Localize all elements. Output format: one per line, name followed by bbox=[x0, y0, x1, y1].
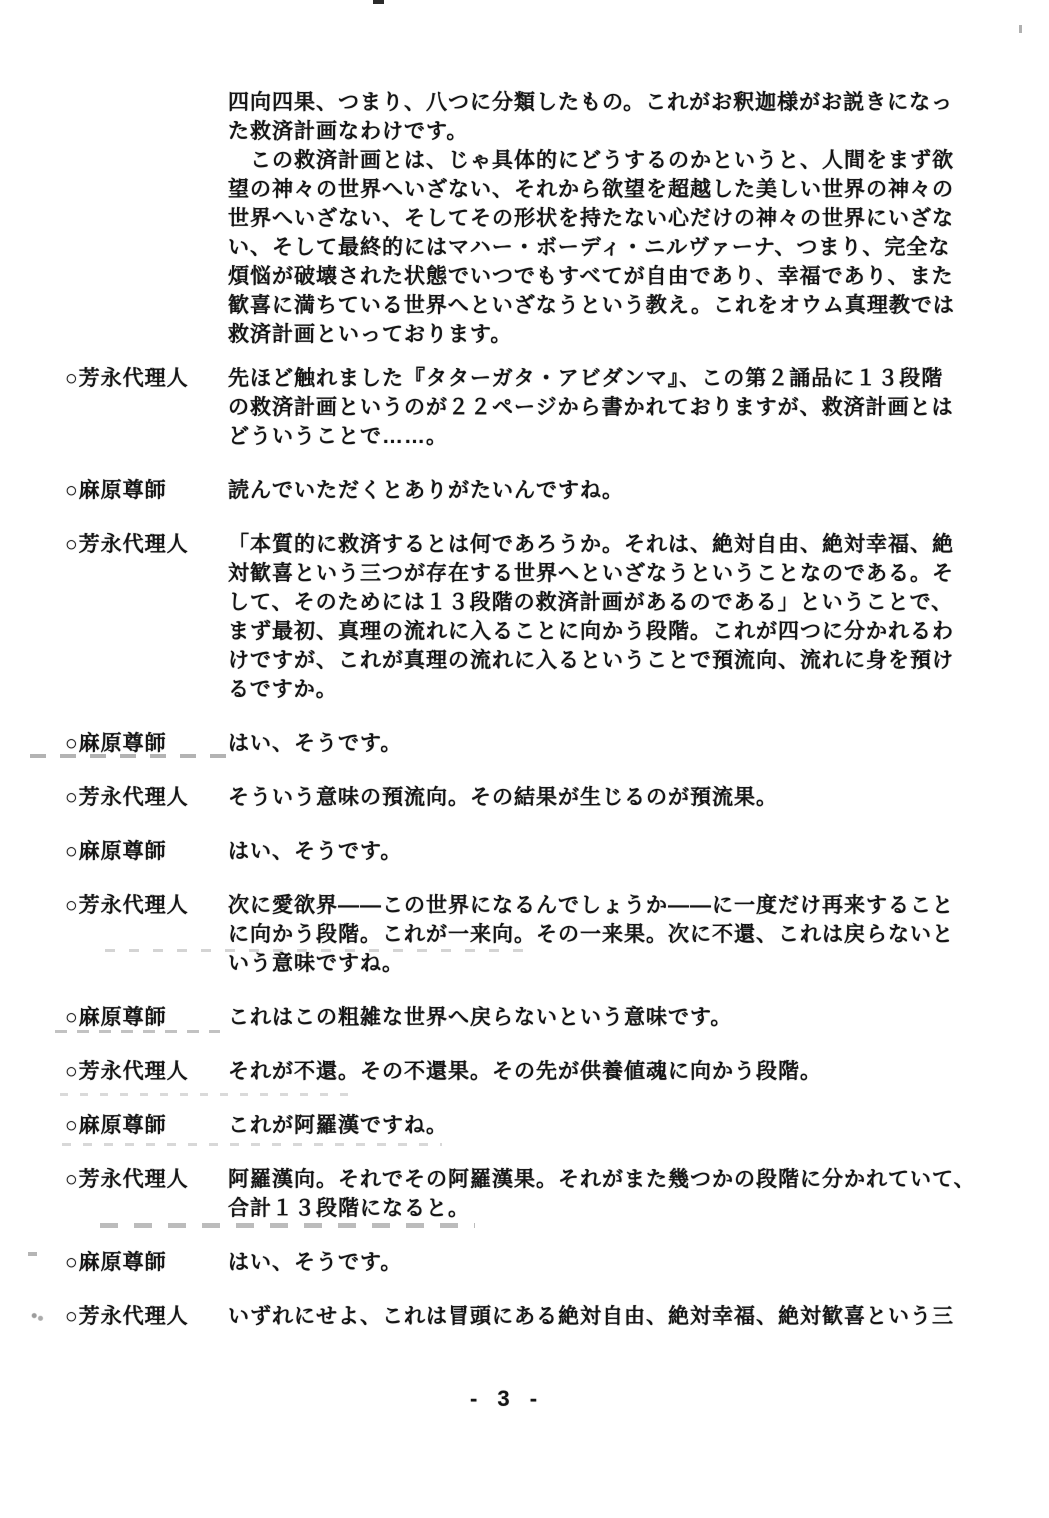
dialogue-entry: ○芳永代理人阿羅漢向。それでその阿羅漢果。それがまた幾つかの段階に分かれていて、… bbox=[65, 1165, 1025, 1223]
speech-line: いずれにせよ、これは冒頭にある絶対自由、絶対幸福、絶対歓喜という三 bbox=[228, 1302, 1025, 1331]
dialogue-entry: ○麻原尊師読んでいただくとありがたいんですね。 bbox=[65, 476, 1025, 505]
paragraph-line: 煩悩が破壊された状態でいつでもすべてが自由であり、幸福であり、また bbox=[228, 262, 1018, 291]
speech-text: いずれにせよ、これは冒頭にある絶対自由、絶対幸福、絶対歓喜という三 bbox=[228, 1302, 1025, 1331]
dialogue-list: ○芳永代理人先ほど触れました『タターガタ・アビダンマ』、この第２誦品に１３段階の… bbox=[65, 364, 1025, 1356]
paragraph-line: 歓喜に満ちている世界へといざなうという教え。これをオウム真理教では bbox=[228, 291, 1018, 320]
page-number: - 3 - bbox=[0, 1384, 1014, 1413]
speech-text: はい、そうです。 bbox=[228, 837, 1025, 866]
opening-paragraph: 四向四果、つまり、八つに分類したもの。これがお釈迦様がお説きになった救済計画なわ… bbox=[228, 88, 1018, 349]
speaker-label: ○芳永代理人 bbox=[65, 891, 228, 978]
speaker-label: ○麻原尊師 bbox=[65, 476, 228, 505]
speech-line: 「本質的に救済するとは何であろうか。それは、絶対自由、絶対幸福、絶 bbox=[228, 530, 1025, 559]
paragraph-line: 四向四果、つまり、八つに分類したもの。これがお釈迦様がお説きになっ bbox=[228, 88, 1018, 117]
dialogue-entry: ○麻原尊師はい、そうです。 bbox=[65, 729, 1025, 758]
scan-artifact bbox=[30, 1312, 44, 1321]
speech-text: はい、そうです。 bbox=[228, 729, 1025, 758]
dialogue-entry: ○芳永代理人次に愛欲界――この世界になるんでしょうか――に一度だけ再来することに… bbox=[65, 891, 1025, 978]
speech-text: 次に愛欲界――この世界になるんでしょうか――に一度だけ再来することに向かう段階。… bbox=[228, 891, 1025, 978]
dialogue-entry: ○麻原尊師これが阿羅漢ですね。 bbox=[65, 1111, 1025, 1140]
speaker-label: ○麻原尊師 bbox=[65, 729, 228, 758]
paragraph-line: この救済計画とは、じゃ具体的にどうするのかというと、人間をまず欲 bbox=[228, 146, 1018, 175]
speech-line: 合計１３段階になると。 bbox=[228, 1194, 1025, 1223]
scan-artifact bbox=[1019, 25, 1022, 33]
speaker-label: ○芳永代理人 bbox=[65, 364, 228, 451]
speaker-label: ○芳永代理人 bbox=[65, 1165, 228, 1223]
speech-line: 対歓喜という三つが存在する世界へといざなうということなのである。そ bbox=[228, 559, 1025, 588]
speech-line: これはこの粗雑な世界へ戻らないという意味です。 bbox=[228, 1003, 1025, 1032]
speech-text: これが阿羅漢ですね。 bbox=[228, 1111, 1025, 1140]
paragraph-line: 救済計画といっております。 bbox=[228, 320, 1018, 349]
speech-line: 阿羅漢向。それでその阿羅漢果。それがまた幾つかの段階に分かれていて、 bbox=[228, 1165, 1025, 1194]
speaker-label: ○芳永代理人 bbox=[65, 1057, 228, 1086]
speech-line: はい、そうです。 bbox=[228, 1248, 1025, 1277]
speech-line: そういう意味の預流向。その結果が生じるのが預流果。 bbox=[228, 783, 1025, 812]
speech-text: これはこの粗雑な世界へ戻らないという意味です。 bbox=[228, 1003, 1025, 1032]
dialogue-entry: ○麻原尊師はい、そうです。 bbox=[65, 1248, 1025, 1277]
dialogue-entry: ○麻原尊師はい、そうです。 bbox=[65, 837, 1025, 866]
speech-line: はい、そうです。 bbox=[228, 729, 1025, 758]
speech-text: はい、そうです。 bbox=[228, 1248, 1025, 1277]
speech-line: るですか。 bbox=[228, 675, 1025, 704]
speech-line: これが阿羅漢ですね。 bbox=[228, 1111, 1025, 1140]
dialogue-entry: ○芳永代理人先ほど触れました『タターガタ・アビダンマ』、この第２誦品に１３段階の… bbox=[65, 364, 1025, 451]
speech-line: いう意味ですね。 bbox=[228, 949, 1025, 978]
paragraph-line: た救済計画なわけです。 bbox=[228, 117, 1018, 146]
dialogue-entry: ○麻原尊師これはこの粗雑な世界へ戻らないという意味です。 bbox=[65, 1003, 1025, 1032]
dialogue-entry: ○芳永代理人そういう意味の預流向。その結果が生じるのが預流果。 bbox=[65, 783, 1025, 812]
speech-line: 読んでいただくとありがたいんですね。 bbox=[228, 476, 1025, 505]
document-page: 四向四果、つまり、八つに分類したもの。これがお釈迦様がお説きになった救済計画なわ… bbox=[0, 0, 1049, 1518]
paragraph-line: い、そして最終的にはマハー・ボーディ・ニルヴァーナ、つまり、完全な bbox=[228, 233, 1018, 262]
dialogue-entry: ○芳永代理人「本質的に救済するとは何であろうか。それは、絶対自由、絶対幸福、絶対… bbox=[65, 530, 1025, 704]
speech-line: 次に愛欲界――この世界になるんでしょうか――に一度だけ再来すること bbox=[228, 891, 1025, 920]
paragraph-line: 望の神々の世界へいざない、それから欲望を超越した美しい世界の神々の bbox=[228, 175, 1018, 204]
speaker-label: ○芳永代理人 bbox=[65, 783, 228, 812]
speech-line: まず最初、真理の流れに入ることに向かう段階。これが四つに分かれるわ bbox=[228, 617, 1025, 646]
speech-line: の救済計画というのが２２ページから書かれておりますが、救済計画とは bbox=[228, 393, 1025, 422]
paragraph-line: 世界へいざない、そしてその形状を持たない心だけの神々の世界にいざな bbox=[228, 204, 1018, 233]
speaker-label: ○麻原尊師 bbox=[65, 1111, 228, 1140]
speech-line: どういうことで……。 bbox=[228, 422, 1025, 451]
speech-text: 先ほど触れました『タターガタ・アビダンマ』、この第２誦品に１３段階の救済計画とい… bbox=[228, 364, 1025, 451]
dialogue-entry: ○芳永代理人それが不還。その不還果。その先が供養値魂に向かう段階。 bbox=[65, 1057, 1025, 1086]
speech-line: けですが、これが真理の流れに入るということで預流向、流れに身を預け bbox=[228, 646, 1025, 675]
scan-artifact bbox=[373, 0, 384, 4]
speech-text: それが不還。その不還果。その先が供養値魂に向かう段階。 bbox=[228, 1057, 1025, 1086]
speaker-label: ○麻原尊師 bbox=[65, 1003, 228, 1032]
speech-text: 読んでいただくとありがたいんですね。 bbox=[228, 476, 1025, 505]
scan-artifact bbox=[28, 1252, 37, 1256]
speech-text: そういう意味の預流向。その結果が生じるのが預流果。 bbox=[228, 783, 1025, 812]
speech-line: 先ほど触れました『タターガタ・アビダンマ』、この第２誦品に１３段階 bbox=[228, 364, 1025, 393]
speaker-label: ○芳永代理人 bbox=[65, 1302, 228, 1331]
speaker-label: ○芳永代理人 bbox=[65, 530, 228, 704]
speaker-label: ○麻原尊師 bbox=[65, 837, 228, 866]
dialogue-entry: ○芳永代理人いずれにせよ、これは冒頭にある絶対自由、絶対幸福、絶対歓喜という三 bbox=[65, 1302, 1025, 1331]
speech-line: して、そのためには１３段階の救済計画があるのである」ということで、 bbox=[228, 588, 1025, 617]
speech-line: それが不還。その不還果。その先が供養値魂に向かう段階。 bbox=[228, 1057, 1025, 1086]
speech-line: はい、そうです。 bbox=[228, 837, 1025, 866]
speech-line: に向かう段階。これが一来向。その一来果。次に不還、これは戻らないと bbox=[228, 920, 1025, 949]
speech-text: 阿羅漢向。それでその阿羅漢果。それがまた幾つかの段階に分かれていて、合計１３段階… bbox=[228, 1165, 1025, 1223]
speaker-label: ○麻原尊師 bbox=[65, 1248, 228, 1277]
speech-text: 「本質的に救済するとは何であろうか。それは、絶対自由、絶対幸福、絶対歓喜という三… bbox=[228, 530, 1025, 704]
